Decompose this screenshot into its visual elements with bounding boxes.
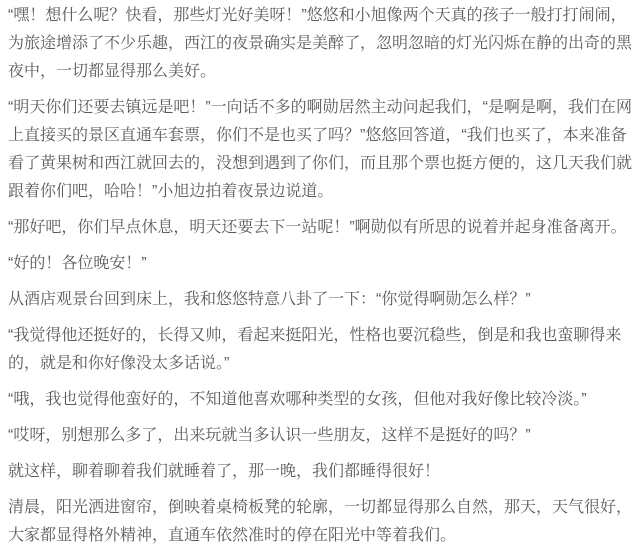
- paragraph: 就这样，聊着聊着我们就睡着了，那一晚，我们都睡得很好！: [8, 458, 632, 486]
- paragraph: “嘿！想什么呢？快看，那些灯光好美呀！”悠悠和小旭像两个天真的孩子一般打打闹闹，…: [8, 2, 632, 86]
- paragraph: “明天你们还要去镇远是吧！”一向话不多的啊勋居然主动问起我们，“是啊是啊，我们在…: [8, 94, 632, 206]
- paragraph: 从酒店观景台回到床上，我和悠悠特意八卦了一下：“你觉得啊勋怎么样？”: [8, 286, 632, 314]
- article-body: “嘿！想什么呢？快看，那些灯光好美呀！”悠悠和小旭像两个天真的孩子一般打打闹闹，…: [0, 0, 640, 550]
- paragraph: 清晨，阳光洒进窗帘，倒映着桌椅板凳的轮廓，一切都显得那么自然，那天，天气很好，大…: [8, 494, 632, 550]
- paragraph: “好的！各位晚安！”: [8, 250, 632, 278]
- paragraph: “那好吧，你们早点休息，明天还要去下一站呢！”啊勋似有所思的说着并起身准备离开。: [8, 214, 632, 242]
- paragraph: “哎呀，别想那么多了，出来玩就当多认识一些朋友，这样不是挺好的吗？”: [8, 422, 632, 450]
- paragraph: “哦，我也觉得他蛮好的，不知道他喜欢哪种类型的女孩，但他对我好像比较冷淡。”: [8, 386, 632, 414]
- paragraph: “我觉得他还挺好的，长得又帅，看起来挺阳光，性格也要沉稳些，倒是和我也蛮聊得来的…: [8, 322, 632, 378]
